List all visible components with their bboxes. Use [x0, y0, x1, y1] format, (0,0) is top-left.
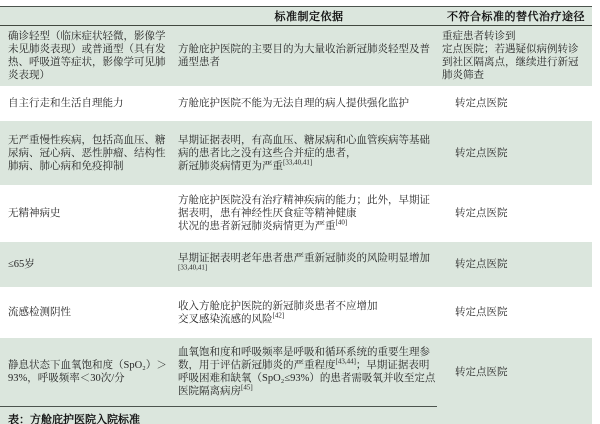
criterion-cell: 静息状态下血氧饱和度（SpO₂）＞93%，呼吸频率＜30次/分: [0, 355, 178, 389]
basis-cell: 方舱庇护医院没有治疗精神疾病的能力；此外，早期证据表明，患有神经性厌食症等精神健…: [178, 190, 440, 237]
alternative-cell: 转定点医院: [440, 302, 592, 323]
basis-cell: 收入方舱庇护医院的新冠肺炎患者不应增加交叉感染流感的风险[42]: [178, 296, 440, 330]
table-row: 流感检测阴性 收入方舱庇护医院的新冠肺炎患者不应增加交叉感染流感的风险[42] …: [0, 287, 592, 338]
header-basis: 标准制定依据: [178, 8, 440, 24]
alternative-cell: 转定点医院: [440, 203, 592, 224]
criterion-cell: 流感检测阴性: [0, 302, 178, 323]
table-row: 无精神病史 方舱庇护医院没有治疗精神疾病的能力；此外，早期证据表明，患有神经性厌…: [0, 185, 592, 242]
table-header-row: 标准制定依据 不符合标准的替代治疗途径: [0, 7, 592, 26]
criterion-cell: 无精神病史: [0, 203, 178, 224]
table-row: 自主行走和生活自理能力 方舱庇护医院不能为无法自理的病人提供强化监护 转定点医院: [0, 86, 592, 121]
table-row: ≤65岁 早期证据表明老年患者患严重新冠肺炎的风险明显增加[33,40,41] …: [0, 242, 592, 287]
table-row: 确诊轻型（临床症状轻微，影像学未见肺炎表现）或普通型（具有发热、呼吸道等症状，影…: [0, 26, 592, 86]
criterion-cell: 无严重慢性疾病，包括高血压、糖尿病、冠心病、恶性肿瘤、结构性肺病、肺心病和免疫抑…: [0, 130, 178, 177]
criterion-cell: 确诊轻型（临床症状轻微，影像学未见肺炎表现）或普通型（具有发热、呼吸道等症状，影…: [0, 26, 178, 86]
alternative-cell: 转定点医院: [440, 93, 592, 114]
basis-cell: 早期证据表明老年患者患严重新冠肺炎的风险明显增加[33,40,41]: [178, 248, 440, 282]
alternative-cell: 转定点医院: [440, 362, 592, 383]
table-row: 静息状态下血氧饱和度（SpO₂）＞93%，呼吸频率＜30次/分 血氧饱和度和呼吸…: [0, 338, 592, 406]
alternative-cell: 转定点医院: [440, 254, 592, 275]
criterion-cell: ≤65岁: [0, 254, 178, 275]
basis-cell: 方舱庇护医院不能为无法自理的病人提供强化监护: [178, 93, 440, 114]
alternative-cell: 重症患者转诊到定点医院；若遇疑似病例转诊到社区隔离点，继续进行新冠肺炎筛查: [440, 26, 592, 86]
table-row: 无严重慢性疾病，包括高血压、糖尿病、冠心病、恶性肿瘤、结构性肺病、肺心病和免疫抑…: [0, 121, 592, 185]
basis-cell: 方舱庇护医院的主要目的为大量收治新冠肺炎轻型及普通型患者: [178, 39, 440, 73]
header-alternative: 不符合标准的替代治疗途径: [440, 8, 592, 24]
alternative-cell: 转定点医院: [440, 143, 592, 164]
criterion-cell: 自主行走和生活自理能力: [0, 93, 178, 114]
table-caption: 表：方舱庇护医院入院标准: [0, 407, 592, 424]
basis-cell: 早期证据表明，有高血压、糖尿病和心血管疾病等基础病的患者比之没有这些合并症的患者…: [178, 130, 440, 177]
admission-criteria-table: 标准制定依据 不符合标准的替代治疗途径 确诊轻型（临床症状轻微，影像学未见肺炎表…: [0, 6, 592, 424]
basis-cell: 血氧饱和度和呼吸频率是呼吸和循环系统的重要生理参数，用于评估新冠肺炎的严重程度[…: [178, 342, 440, 402]
